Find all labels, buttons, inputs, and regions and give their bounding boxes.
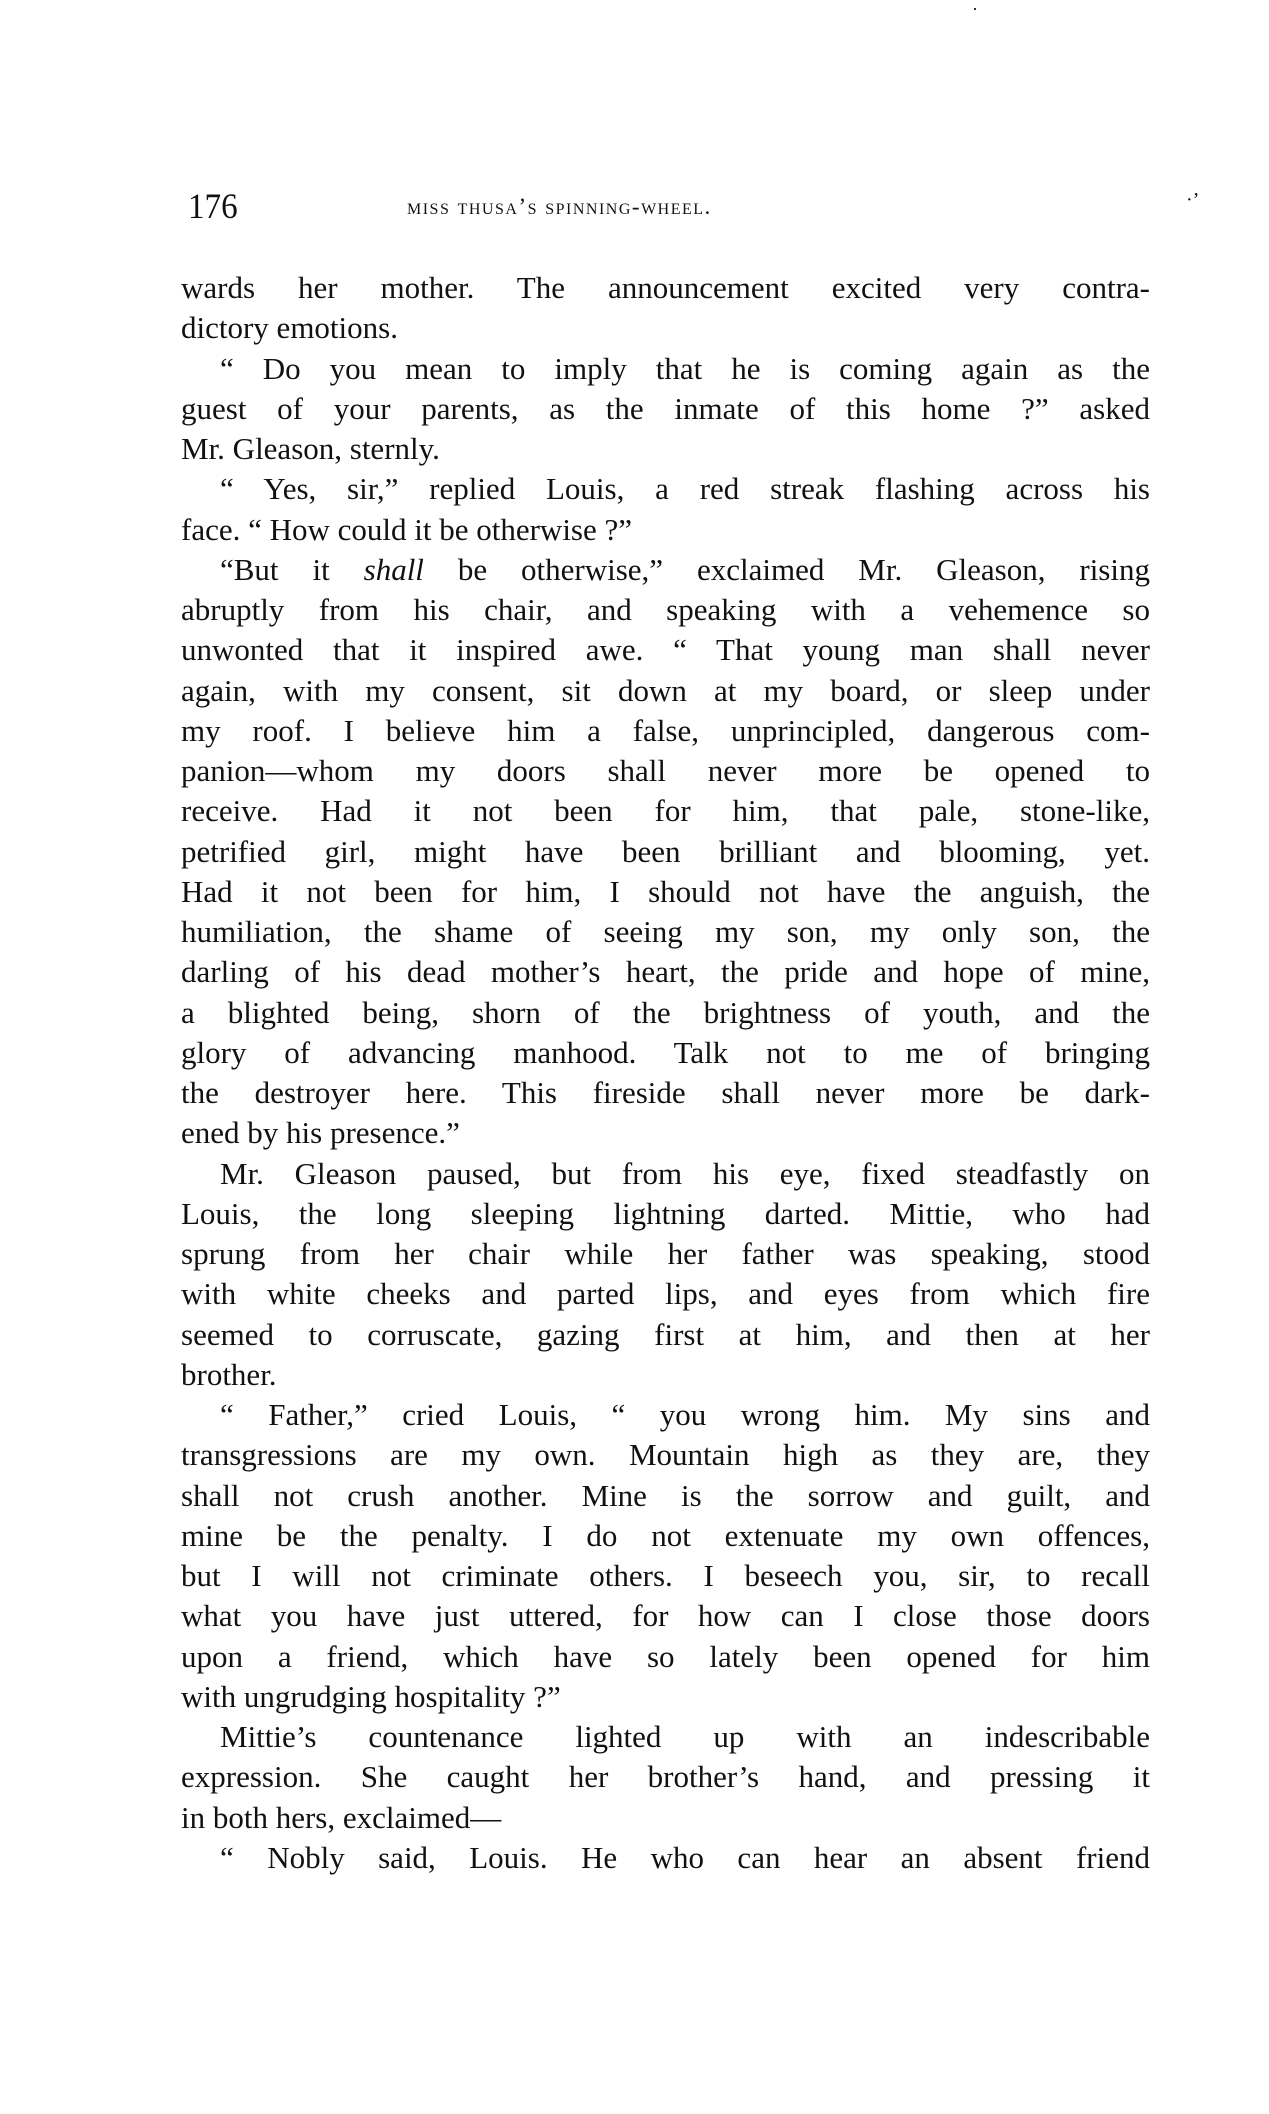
text-line: what you have just uttered, for how can … [181,1596,1150,1636]
text-line: but I will not criminate others. I besee… [181,1556,1150,1596]
text-line: ened by his presence.” [181,1113,1150,1153]
text-line: again, with my consent, sit down at my b… [181,671,1150,711]
text-line: “But it shall be otherwise,” exclaimed M… [181,550,1150,590]
body-text: wards her mother. The announcement excit… [181,268,1150,1878]
text-line: sprung from her chair while her father w… [181,1234,1150,1274]
text-line: abruptly from his chair, and speaking wi… [181,590,1150,630]
text-line: glory of advancing manhood. Talk not to … [181,1033,1150,1073]
text-line: a blighted being, shorn of the brightnes… [181,993,1150,1033]
text-line: receive. Had it not been for him, that p… [181,791,1150,831]
text-line: expression. She caught her brother’s han… [181,1757,1150,1797]
text-fragment: be otherwise,” exclaimed Mr. Gleason, ri… [458,552,1150,587]
text-line: Mittie’s countenance lighted up with an … [181,1717,1150,1757]
text-line: Louis, the long sleeping lightning darte… [181,1194,1150,1234]
page-number: 176 [188,186,238,226]
emphasis-word: shall [364,552,424,587]
text-line: humiliation, the shame of seeing my son,… [181,912,1150,952]
text-line: unwonted that it inspired awe. “ That yo… [181,630,1150,670]
text-line: with white cheeks and parted lips, and e… [181,1274,1150,1314]
text-line: transgressions are my own. Mountain high… [181,1435,1150,1475]
text-line: shall not crush another. Mine is the sor… [181,1476,1150,1516]
text-line: petrified girl, might have been brillian… [181,832,1150,872]
text-line: seemed to corruscate, gazing first at hi… [181,1315,1150,1355]
text-line: Mr. Gleason, sternly. [181,429,1150,469]
text-line: guest of your parents, as the inmate of … [181,389,1150,429]
running-title: MISS THUSA’S SPINNING-WHEEL. [407,192,712,222]
text-line: darling of his dead mother’s heart, the … [181,952,1150,992]
running-head: 176 MISS THUSA’S SPINNING-WHEEL. ·’ [188,186,1198,226]
text-line: with ungrudging hospitality ?” [181,1677,1150,1717]
text-line: “ Father,” cried Louis, “ you wrong him.… [181,1395,1150,1435]
text-line: wards her mother. The announcement excit… [181,268,1150,308]
text-line: upon a friend, which have so lately been… [181,1637,1150,1677]
text-line: my roof. I believe him a false, unprinci… [181,711,1150,751]
text-fragment: “But it [220,552,330,587]
text-line: in both hers, exclaimed— [181,1798,1150,1838]
scan-mark: ·’ [1186,190,1199,210]
text-line: “ Do you mean to imply that he is coming… [181,349,1150,389]
text-line: brother. [181,1355,1150,1395]
text-line: the destroyer here. This fireside shall … [181,1073,1150,1113]
text-line: panion—whom my doors shall never more be… [181,751,1150,791]
text-line: Had it not been for him, I should not ha… [181,872,1150,912]
text-line: “ Yes, sir,” replied Louis, a red streak… [181,469,1150,509]
scan-speck [974,8,976,10]
text-line: Mr. Gleason paused, but from his eye, fi… [181,1154,1150,1194]
text-line: dictory emotions. [181,308,1150,348]
text-line: “ Nobly said, Louis. He who can hear an … [181,1838,1150,1878]
text-line: face. “ How could it be otherwise ?” [181,510,1150,550]
text-line: mine be the penalty. I do not extenuate … [181,1516,1150,1556]
